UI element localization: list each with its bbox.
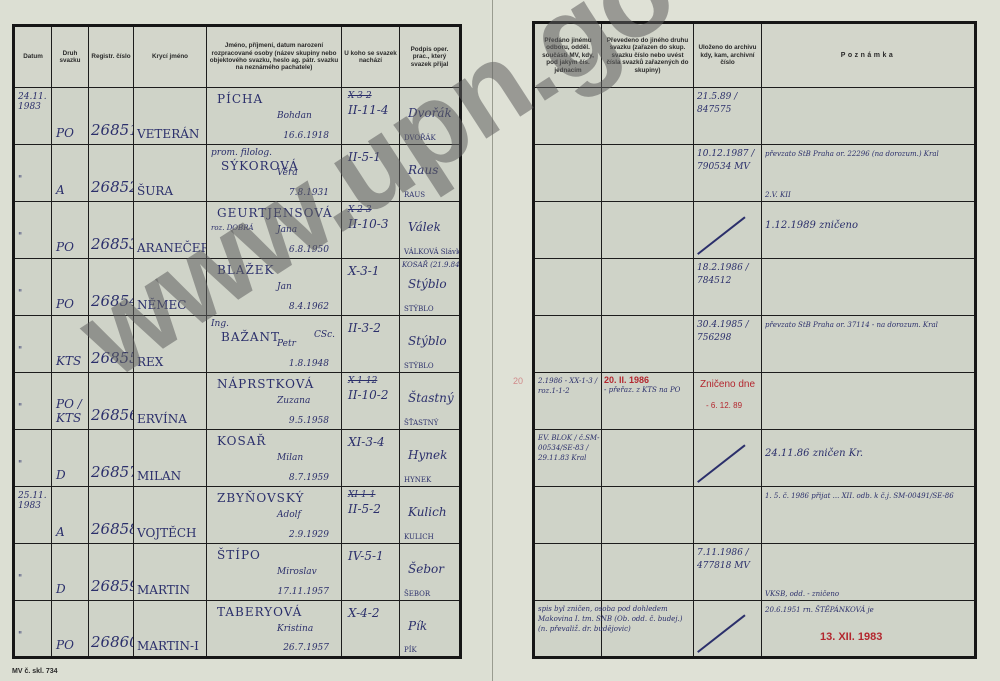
cell-prevedeno — [602, 202, 694, 259]
archive-info: 30.4.1985 / 756298 — [697, 319, 759, 345]
cell-osoba: NÁPRSTKOVÁZuzana9.5.1958 — [207, 373, 342, 430]
cell-poznamka: 20.6.1951 rn. ŠTĚPÁNKOVÁ je13. XII. 1983 — [762, 601, 976, 658]
location-code: II-11-4 — [348, 103, 389, 117]
cell-datum: " — [14, 316, 52, 373]
signature: Stýblo — [408, 334, 447, 348]
person-suffix: CSc. — [314, 330, 335, 340]
book-fold — [492, 0, 493, 681]
cover-name: MARTIN-I — [137, 639, 199, 653]
header-row: Datum Druh svazku Registr. číslo Krycí j… — [14, 26, 461, 88]
cell-predano: 2.1986 - XX-1-3 / roz.1-1-220 — [534, 373, 602, 430]
cell-kryci: ŠURA — [134, 145, 207, 202]
file-type-text: A — [56, 183, 86, 197]
person-surname: PÍCHA — [217, 92, 263, 106]
table-row: "A26852ŠURAprom. filolog.SÝKOROVÁVěra7.8… — [14, 145, 461, 202]
cell-signature: StýbloSTÝBLO — [400, 316, 461, 373]
cell-datum: " — [14, 202, 52, 259]
cell-datum: " — [14, 145, 52, 202]
margin-stamp: 20 — [513, 376, 523, 386]
cell-predano — [534, 259, 602, 316]
signature: Dvořák — [408, 106, 452, 120]
person-title: Ing. — [211, 319, 229, 329]
registration-number: 26855 — [91, 349, 134, 367]
file-type-text: PO — [56, 240, 86, 254]
person-surname: GEURTJENSOVÁ — [217, 206, 333, 220]
cell-ulozeno: 30.4.1985 / 756298 — [694, 316, 762, 373]
cell-poznamka — [762, 259, 976, 316]
officer-name: PÍK — [404, 646, 417, 654]
signature: Válek — [408, 220, 441, 234]
table-row: "PO26854NĚMECBLAŽEKJan8.4.1962X-3-1KOSAŘ… — [14, 259, 461, 316]
table-row: 25.11. 1983A26858VOJTĚCHZBYŇOVSKÝAdolf2.… — [14, 487, 461, 544]
location-code: X-4-2 — [348, 606, 380, 620]
cell-prevedeno — [602, 544, 694, 601]
cell-druh: PO — [52, 601, 89, 658]
person-maiden-name: roz. DOBRÁ — [211, 224, 254, 232]
cell-location: XI-1-1II-5-2 — [342, 487, 400, 544]
cell-osoba: ŠTÍPOMiroslav17.11.1957 — [207, 544, 342, 601]
cell-registr: 26857 — [89, 430, 134, 487]
person-firstname: Petr — [277, 339, 296, 349]
cell-location: IV-5-1 — [342, 544, 400, 601]
cell-location: II-3-2 — [342, 316, 400, 373]
registration-number: 26851 — [91, 121, 134, 139]
col-header-predano: Předáno jinému odboru, odděl. součásti M… — [534, 23, 602, 88]
form-code: MV č. skl. 734 — [12, 668, 58, 675]
location-code: II-10-2 — [348, 388, 389, 402]
location-code: XI-3-4 — [348, 435, 385, 449]
location-old: X-2-3 — [348, 205, 372, 215]
cell-kryci: MARTIN — [134, 544, 207, 601]
cell-predano — [534, 202, 602, 259]
cover-name: VETERÁN — [137, 127, 199, 141]
person-firstname: Adolf — [277, 510, 301, 520]
cell-druh: PO — [52, 259, 89, 316]
person-surname: KOSAŘ — [217, 434, 266, 448]
file-type-text: PO / KTS — [56, 397, 86, 425]
cell-registr: 26852 — [89, 145, 134, 202]
file-type-text: D — [56, 468, 86, 482]
cell-datum: 25.11. 1983 — [14, 487, 52, 544]
col-header-druh: Druh svazku — [52, 26, 89, 88]
cover-name: VOJTĚCH — [137, 526, 197, 540]
table-row: 2.1986 - XX-1-3 / roz.1-1-22020. II. 198… — [534, 373, 976, 430]
officer-name: HYNEK — [404, 476, 431, 484]
cell-location: X-1-12II-10-2 — [342, 373, 400, 430]
cell-druh: D — [52, 430, 89, 487]
cell-location: X-2-3II-10-3 — [342, 202, 400, 259]
person-birthdate: 17.11.1957 — [277, 587, 329, 597]
cell-ulozeno: 21.5.89 / 847575 — [694, 88, 762, 145]
cell-osoba: GEURTJENSOVÁroz. DOBRÁJana6.8.1950 — [207, 202, 342, 259]
date-stamp: 20. II. 1986 — [604, 375, 649, 385]
note-footer-text: 2.V. KII — [765, 191, 791, 199]
date-text: 25.11. 1983 — [18, 491, 48, 511]
registration-number: 26856 — [91, 406, 134, 424]
registration-number: 26857 — [91, 463, 134, 481]
file-type-text: PO — [56, 297, 86, 311]
cell-location: II-5-1 — [342, 145, 400, 202]
cell-prevedeno — [602, 487, 694, 544]
cell-prevedeno — [602, 88, 694, 145]
cell-osoba: KOSAŘMilan8.7.1959 — [207, 430, 342, 487]
cell-poznamka: 1. 5. č. 1986 přijat ... XII. odb. k č.j… — [762, 487, 976, 544]
cell-druh: PO — [52, 202, 89, 259]
table-row: "PO26853ARANEČERKAGEURTJENSOVÁroz. DOBRÁ… — [14, 202, 461, 259]
cell-kryci: MARTIN-I — [134, 601, 207, 658]
date-stamp: 13. XII. 1983 — [820, 631, 882, 643]
cell-prevedeno — [602, 601, 694, 658]
file-type-text: PO — [56, 638, 86, 652]
transfer-text: EV. BLOK / č.SM-00534/SE-83 / 29.11.83 K… — [538, 433, 602, 463]
cell-datum: " — [14, 430, 52, 487]
note-text: 20.6.1951 rn. ŠTĚPÁNKOVÁ je — [765, 605, 970, 616]
person-firstname: Miroslav — [277, 567, 317, 577]
table-row: 10.12.1987 / 790534 MVpřevzato StB Praha… — [534, 145, 976, 202]
cell-location: X-4-2 — [342, 601, 400, 658]
table-row: 30.4.1985 / 756298převzato StB Praha or.… — [534, 316, 976, 373]
date-text: " — [18, 403, 48, 413]
cell-predano — [534, 145, 602, 202]
cell-registr: 26851 — [89, 88, 134, 145]
cell-kryci: ARANEČERKA — [134, 202, 207, 259]
transfer-text: 2.1986 - XX-1-3 / roz.1-1-2 — [538, 376, 602, 396]
date-text: " — [18, 232, 48, 242]
cell-signature: ŠeborŠEBOR — [400, 544, 461, 601]
cell-osoba: PÍCHABohdan16.6.1918 — [207, 88, 342, 145]
cell-predano — [534, 544, 602, 601]
cell-predano: spis byl zničen, osoba pod dohledem Mako… — [534, 601, 602, 658]
signature: Stýblo — [408, 277, 447, 291]
register-table-left: Datum Druh svazku Registr. číslo Krycí j… — [12, 24, 462, 659]
officer-name: STÝBLO — [404, 305, 434, 313]
person-birthdate: 16.6.1918 — [283, 131, 329, 141]
person-birthdate: 8.4.1962 — [289, 302, 329, 312]
cell-datum: 24.11. 1983 — [14, 88, 52, 145]
date-text: " — [18, 574, 48, 584]
officer-name: VÁLKOVÁ Slávka — [404, 248, 461, 256]
cell-ulozeno: 7.11.1986 / 477818 MV — [694, 544, 762, 601]
location-old: X-3-2 — [348, 91, 372, 101]
person-firstname: Jan — [277, 282, 292, 292]
cancel-slash-mark — [697, 216, 745, 254]
col-header-podpis: Podpis oper. prac., který svazek přijal — [400, 26, 461, 88]
cell-kryci: REX — [134, 316, 207, 373]
cell-signature: ŠtastnýŠŤASTNÝ — [400, 373, 461, 430]
col-header-datum: Datum — [14, 26, 52, 88]
cell-kryci: VOJTĚCH — [134, 487, 207, 544]
cell-signature: HynekHYNEK — [400, 430, 461, 487]
table-row: "PO / KTS26856ERVÍNANÁPRSTKOVÁZuzana9.5.… — [14, 373, 461, 430]
cell-poznamka: převzato StB Praha or. 37114 - na dorozu… — [762, 316, 976, 373]
officer-name: RAUS — [404, 191, 425, 199]
cancel-slash-mark — [697, 614, 745, 652]
cell-location: X-3-1 — [342, 259, 400, 316]
cell-signature: VálekVÁLKOVÁ Slávka — [400, 202, 461, 259]
person-firstname: Bohdan — [277, 111, 312, 121]
date-text: " — [18, 631, 48, 641]
cell-ulozeno — [694, 601, 762, 658]
cell-osoba: Ing.BAŽANTCSc.Petr1.8.1948 — [207, 316, 342, 373]
table-row: 1.12.1989 zničeno — [534, 202, 976, 259]
cell-signature: KulichKULICH — [400, 487, 461, 544]
officer-name: DVOŘÁK — [404, 134, 436, 142]
cell-kryci: VETERÁN — [134, 88, 207, 145]
cover-name: MILAN — [137, 469, 181, 483]
note-text: 1.12.1989 zničeno — [765, 220, 970, 231]
location-code: II-3-2 — [348, 321, 381, 335]
cell-registr: 26859 — [89, 544, 134, 601]
col-header-ulozeno: Uloženo do archivu kdy, kam, archivní čí… — [694, 23, 762, 88]
col-header-kryci: Krycí jméno — [134, 26, 207, 88]
cancel-slash-mark — [697, 444, 745, 482]
note-text: převzato StB Praha or. 37114 - na dorozu… — [765, 320, 970, 331]
cell-prevedeno — [602, 316, 694, 373]
cover-name: ŠURA — [137, 184, 173, 198]
cell-ulozeno — [694, 430, 762, 487]
cell-ulozeno — [694, 487, 762, 544]
cell-signature: RausRAUS — [400, 145, 461, 202]
registration-number: 26854 — [91, 292, 134, 310]
cover-name: ARANEČERKA — [137, 241, 207, 255]
file-type-text: D — [56, 582, 86, 596]
register-table-right: Předáno jinému odboru, odděl. součásti M… — [532, 21, 977, 659]
cell-registr: 26855 — [89, 316, 134, 373]
person-birthdate: 9.5.1958 — [289, 416, 329, 426]
cell-druh: KTS — [52, 316, 89, 373]
signature: Hynek — [408, 448, 447, 462]
cell-datum: " — [14, 259, 52, 316]
table-row: "PO26860MARTIN-ITABERYOVÁKristina26.7.19… — [14, 601, 461, 658]
cell-location: X-3-2II-11-4 — [342, 88, 400, 145]
cell-datum: " — [14, 373, 52, 430]
person-surname: TABERYOVÁ — [217, 605, 302, 619]
person-firstname: Kristina — [277, 624, 313, 634]
table-row: "KTS26855REXIng.BAŽANTCSc.Petr1.8.1948II… — [14, 316, 461, 373]
cell-prevedeno — [602, 259, 694, 316]
cell-datum: " — [14, 601, 52, 658]
cell-predano — [534, 88, 602, 145]
cell-kryci: NĚMEC — [134, 259, 207, 316]
person-birthdate: 8.7.1959 — [289, 473, 329, 483]
cell-prevedeno — [602, 430, 694, 487]
col-header-jmeno: Jméno, příjmení, datum narození rozpraco… — [207, 26, 342, 88]
location-code: X-3-1 — [348, 264, 380, 278]
location-old: X-1-12 — [348, 376, 377, 386]
note-footer-text: VKSB, odd. - zničeno — [765, 590, 839, 598]
cover-name: ERVÍNA — [137, 412, 187, 426]
date-text: " — [18, 460, 48, 470]
note-text: 1. 5. č. 1986 přijat ... XII. odb. k č.j… — [765, 491, 970, 502]
cell-osoba: BLAŽEKJan8.4.1962 — [207, 259, 342, 316]
cell-osoba: TABERYOVÁKristina26.7.1957 — [207, 601, 342, 658]
file-type-text: KTS — [56, 354, 86, 368]
header-row: Předáno jinému odboru, odděl. součásti M… — [534, 23, 976, 88]
person-birthdate: 7.8.1931 — [289, 188, 329, 198]
archive-info: 18.2.1986 / 784512 — [697, 262, 759, 288]
person-birthdate: 1.8.1948 — [289, 359, 329, 369]
col-header-prevedeno: Převedeno do jiného druhu svazku (zařaze… — [602, 23, 694, 88]
date-text: " — [18, 175, 48, 185]
destroyed-stamp-date: - 6. 12. 89 — [706, 401, 742, 410]
officer-name: KULICH — [404, 533, 434, 541]
cell-registr: 26853 — [89, 202, 134, 259]
cover-name: MARTIN — [137, 583, 190, 597]
table-row: EV. BLOK / č.SM-00534/SE-83 / 29.11.83 K… — [534, 430, 976, 487]
cell-poznamka: převzato StB Praha or. 22296 (na dorozum… — [762, 145, 976, 202]
cell-druh: D — [52, 544, 89, 601]
col-header-u-koho: U koho se svazek nachází — [342, 26, 400, 88]
cell-poznamka: 1.12.1989 zničeno — [762, 202, 976, 259]
date-text: " — [18, 346, 48, 356]
cell-location: XI-3-4 — [342, 430, 400, 487]
archive-info: 7.11.1986 / 477818 MV — [697, 547, 759, 573]
person-birthdate: 26.7.1957 — [283, 643, 329, 653]
person-firstname: Věra — [277, 168, 298, 178]
table-row: 7.11.1986 / 477818 MVVKSB, odd. - zničen… — [534, 544, 976, 601]
cell-registr: 26854 — [89, 259, 134, 316]
col-header-poznamka: Poznámka — [762, 23, 976, 88]
note-text: převzato StB Praha or. 22296 (na dorozum… — [765, 149, 970, 160]
signature: Raus — [408, 163, 438, 177]
cell-predano: EV. BLOK / č.SM-00534/SE-83 / 29.11.83 K… — [534, 430, 602, 487]
cell-kryci: MILAN — [134, 430, 207, 487]
cover-name: REX — [137, 355, 163, 369]
person-surname: ZBYŇOVSKÝ — [217, 491, 304, 505]
table-row: "D26859MARTINŠTÍPOMiroslav17.11.1957IV-5… — [14, 544, 461, 601]
conversion-text: - přeřaz. z KTS na PO — [604, 386, 690, 394]
registration-number: 26853 — [91, 235, 134, 253]
table-row: 24.11. 1983PO26851VETERÁNPÍCHABohdan16.6… — [14, 88, 461, 145]
registration-number: 26852 — [91, 178, 134, 196]
destroyed-stamp: Zničeno dne — [700, 379, 755, 390]
cell-poznamka: 24.11.86 zničen Kr. — [762, 430, 976, 487]
file-type-text: A — [56, 525, 86, 539]
file-type-text: PO — [56, 126, 86, 140]
table-row: 18.2.1986 / 784512 — [534, 259, 976, 316]
registration-number: 26859 — [91, 577, 134, 595]
person-surname: NÁPRSTKOVÁ — [217, 377, 314, 391]
person-firstname: Jana — [277, 225, 297, 235]
location-code: IV-5-1 — [348, 549, 384, 563]
cell-ulozeno: 18.2.1986 / 784512 — [694, 259, 762, 316]
cell-ulozeno: 10.12.1987 / 790534 MV — [694, 145, 762, 202]
officer-note: KOSAŘ (21.9.84) — [402, 261, 461, 269]
cell-poznamka — [762, 373, 976, 430]
cell-druh: A — [52, 145, 89, 202]
person-surname: BAŽANT — [221, 330, 280, 344]
signature: Kulich — [408, 505, 447, 519]
cell-prevedeno — [602, 145, 694, 202]
location-code: II-10-3 — [348, 217, 389, 231]
cell-prevedeno: 20. II. 1986- přeřaz. z KTS na PO — [602, 373, 694, 430]
cover-name: NĚMEC — [137, 298, 187, 312]
col-header-registr: Registr. číslo — [89, 26, 134, 88]
cell-poznamka — [762, 88, 976, 145]
table-row: 1. 5. č. 1986 přijat ... XII. odb. k č.j… — [534, 487, 976, 544]
cell-signature: DvořákDVOŘÁK — [400, 88, 461, 145]
location-code: II-5-2 — [348, 502, 381, 516]
cell-ulozeno: Zničeno dne- 6. 12. 89 — [694, 373, 762, 430]
cell-signature: PíkPÍK — [400, 601, 461, 658]
officer-name: STÝBLO — [404, 362, 434, 370]
registration-number: 26858 — [91, 520, 134, 538]
person-birthdate: 6.8.1950 — [289, 245, 329, 255]
table-row: 21.5.89 / 847575 — [534, 88, 976, 145]
cell-predano — [534, 487, 602, 544]
cell-kryci: ERVÍNA — [134, 373, 207, 430]
cell-osoba: prom. filolog.SÝKOROVÁVěra7.8.1931 — [207, 145, 342, 202]
date-text: 24.11. 1983 — [18, 92, 48, 112]
signature: Pík — [408, 619, 427, 633]
person-surname: ŠTÍPO — [217, 548, 261, 562]
cell-ulozeno — [694, 202, 762, 259]
table-row: spis byl zničen, osoba pod dohledem Mako… — [534, 601, 976, 658]
person-firstname: Zuzana — [277, 396, 310, 406]
person-firstname: Milan — [277, 453, 303, 463]
location-old: XI-1-1 — [348, 490, 376, 500]
location-code: II-5-1 — [348, 150, 381, 164]
cell-druh: PO — [52, 88, 89, 145]
officer-name: ŠŤASTNÝ — [404, 419, 438, 427]
registration-number: 26860 — [91, 633, 134, 651]
cell-registr: 26856 — [89, 373, 134, 430]
cell-datum: " — [14, 544, 52, 601]
archive-info: 10.12.1987 / 790534 MV — [697, 148, 759, 174]
signature: Štastný — [408, 391, 454, 405]
cell-registr: 26860 — [89, 601, 134, 658]
cell-osoba: ZBYŇOVSKÝAdolf2.9.1929 — [207, 487, 342, 544]
cell-signature: KOSAŘ (21.9.84)StýbloSTÝBLO — [400, 259, 461, 316]
archive-info: 21.5.89 / 847575 — [697, 91, 759, 117]
person-birthdate: 2.9.1929 — [289, 530, 329, 540]
cell-poznamka: VKSB, odd. - zničeno — [762, 544, 976, 601]
signature: Šebor — [408, 562, 444, 576]
cell-predano — [534, 316, 602, 373]
date-text: " — [18, 289, 48, 299]
note-text: 24.11.86 zničen Kr. — [765, 448, 970, 459]
cell-druh: PO / KTS — [52, 373, 89, 430]
officer-name: ŠEBOR — [404, 590, 430, 598]
person-surname: BLAŽEK — [217, 263, 275, 277]
cell-registr: 26858 — [89, 487, 134, 544]
cell-druh: A — [52, 487, 89, 544]
person-title: prom. filolog. — [211, 148, 272, 158]
table-row: "D26857MILANKOSAŘMilan8.7.1959XI-3-4Hyne… — [14, 430, 461, 487]
